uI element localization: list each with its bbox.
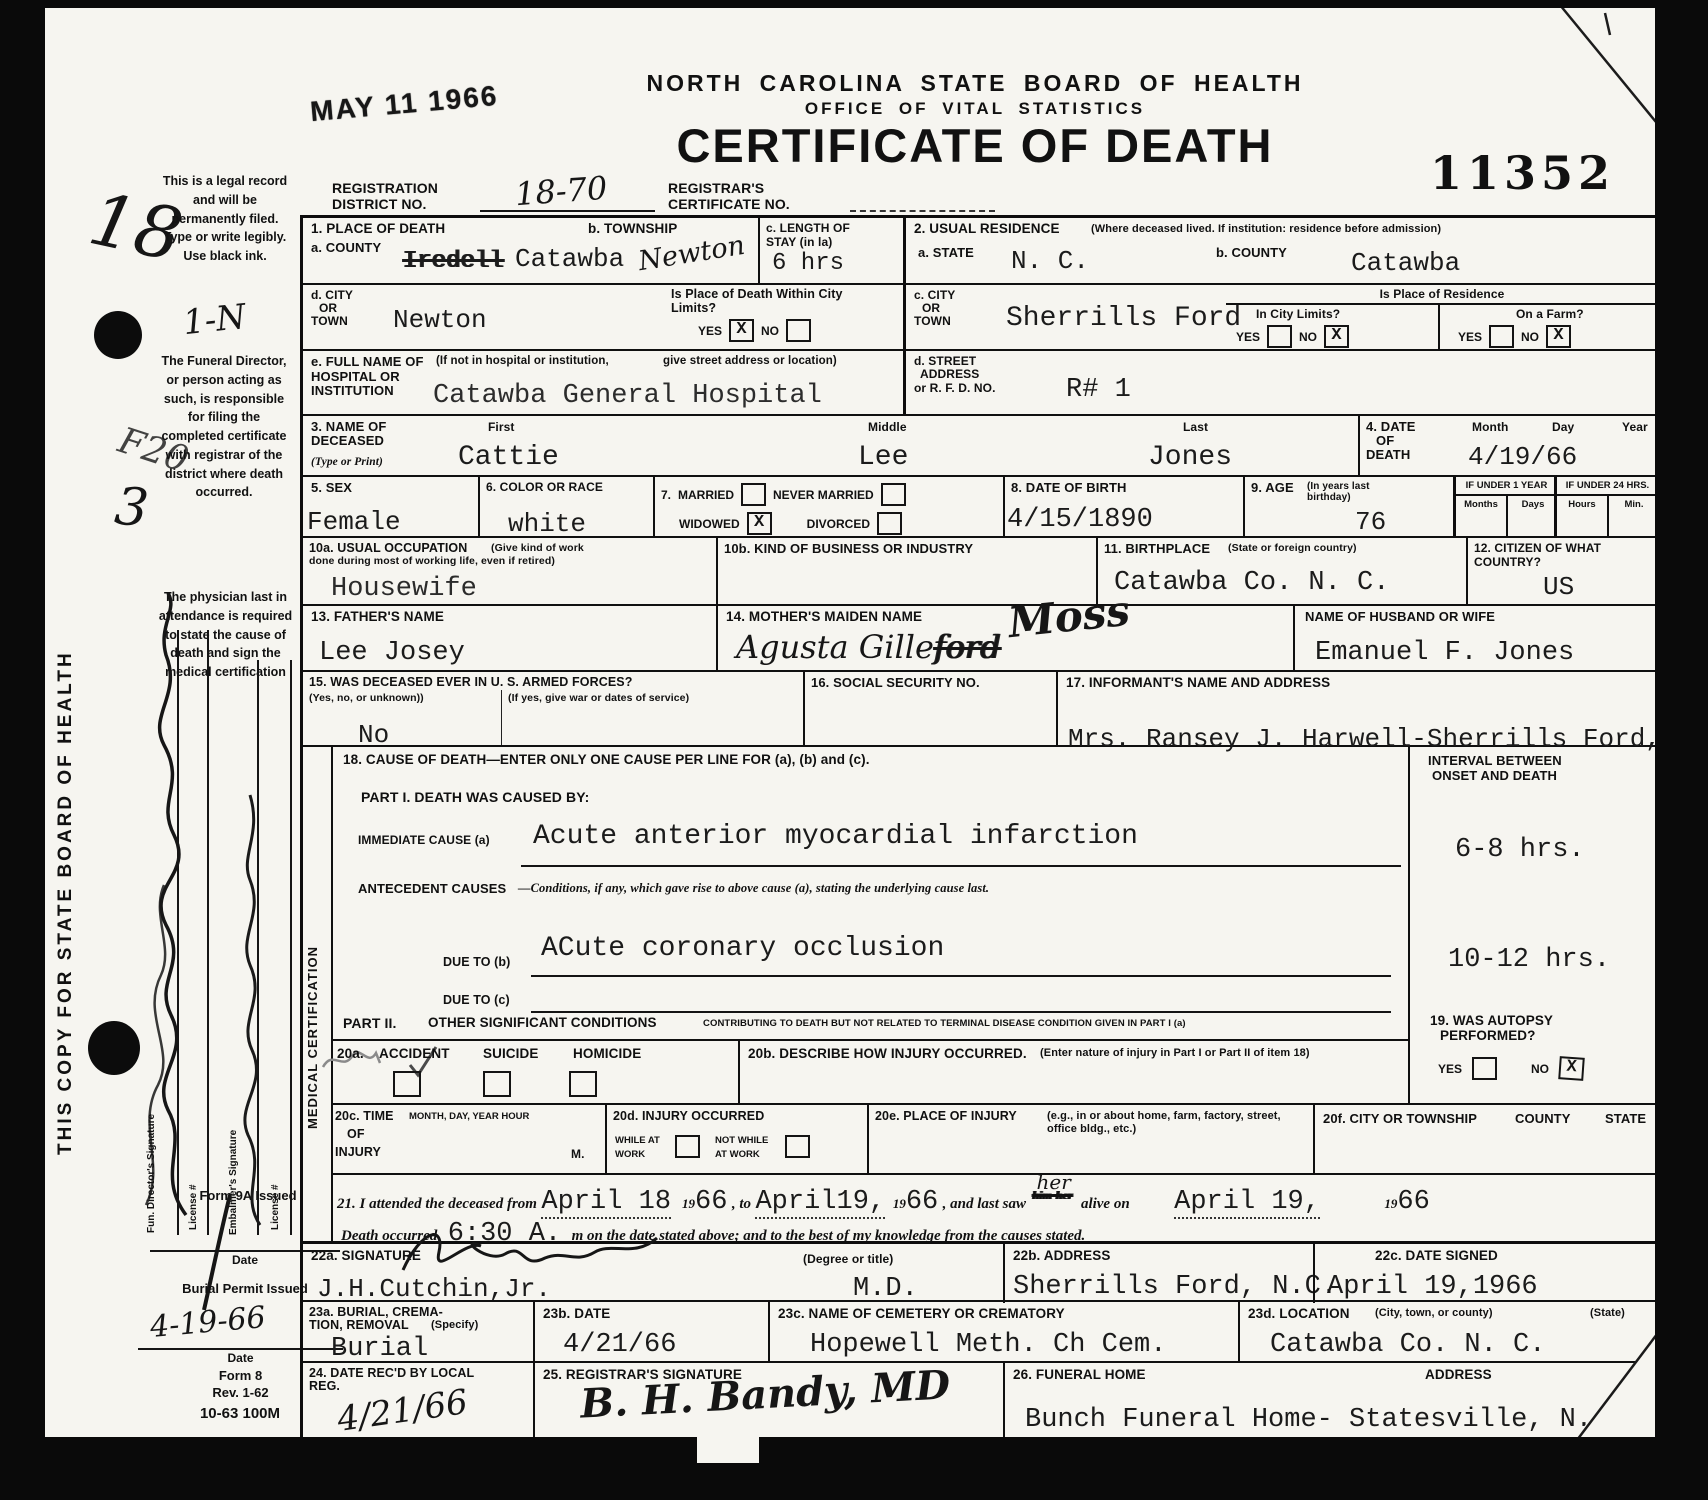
immediate-cause-label: IMMEDIATE CAUSE (a) xyxy=(358,833,490,847)
deceased-type-or-print: (Type or Print) xyxy=(311,456,383,470)
due-b-line xyxy=(531,935,1391,977)
residence-incity-label: In City Limits? xyxy=(1256,307,1340,321)
interval-column: INTERVAL BETWEEN ONSET AND DEATH 6-8 hrs… xyxy=(1408,747,1657,1105)
marital-row-2: WIDOWED X DIVORCED xyxy=(679,512,902,535)
attended-from-value: April 18 xyxy=(541,1187,671,1219)
occupation-sub-2: done during most of working life, even i… xyxy=(309,555,555,568)
cell-residence-city: c. CITY OR TOWN Sherrills Ford Is Place … xyxy=(903,285,1658,351)
last-name-value: Jones xyxy=(1148,442,1232,473)
age-sub-2: birthday) xyxy=(1307,492,1351,504)
residence-farm-no-mark: X xyxy=(1553,326,1563,345)
injury-city-label: 20f. CITY OR TOWNSHIP xyxy=(1323,1111,1477,1127)
cell-usual-residence: 2. USUAL RESIDENCE (Where deceased lived… xyxy=(903,218,1658,283)
cell-mother: 14. MOTHER'S MAIDEN NAME Agusta Gillefor… xyxy=(716,606,1295,672)
scan-notch xyxy=(697,1437,759,1463)
place-of-death-label: 1. PLACE OF DEATH xyxy=(311,221,445,237)
occupation-value: Housewife xyxy=(331,574,477,604)
date-signed-label: 22c. DATE SIGNED xyxy=(1375,1248,1498,1264)
header-org: NORTH CAROLINA STATE BOARD OF HEALTH xyxy=(400,70,1550,97)
physician-signature-scribble xyxy=(393,1222,673,1282)
reg-district-value: 18-70 xyxy=(514,169,609,213)
part1-label: PART I. DEATH WAS CAUSED BY: xyxy=(361,789,589,806)
street-label-3: or R. F. D. NO. xyxy=(914,381,996,395)
residence-county-label: b. COUNTY xyxy=(1216,245,1287,261)
armed-forces-divider xyxy=(501,690,502,747)
accident-label: ACCIDENT xyxy=(379,1046,450,1062)
widowed-checkbox: X xyxy=(747,512,772,535)
cell-degree: (Degree or title) M.D. xyxy=(733,1244,1003,1303)
attended-from-year-pre: 19 xyxy=(682,1196,695,1211)
cemetery-value: Hopewell Meth. Ch Cem. xyxy=(810,1330,1166,1360)
stay-label-2: STAY (in la) xyxy=(766,235,832,249)
reg-district-line xyxy=(480,210,655,212)
cell-informant: 17. INFORMANT'S NAME AND ADDRESS Mrs. Ra… xyxy=(1056,672,1657,747)
under-24-hrs-divider xyxy=(1607,495,1609,538)
autopsy-label-1: 19. WAS AUTOPSY xyxy=(1430,1013,1553,1029)
cell-spouse: NAME OF HUSBAND OR WIFE Emanuel F. Jones xyxy=(1293,606,1657,672)
degree-label: (Degree or title) xyxy=(803,1252,893,1266)
spouse-value: Emanuel F. Jones xyxy=(1315,638,1574,668)
cell-burial-date: 23b. DATE 4/21/66 xyxy=(533,1302,770,1363)
birthplace-label: 11. BIRTHPLACE xyxy=(1104,541,1210,557)
homicide-checkbox xyxy=(569,1071,597,1097)
informant-label: 17. INFORMANT'S NAME AND ADDRESS xyxy=(1066,675,1330,691)
residence-farm-label: On a Farm? xyxy=(1516,307,1584,321)
dob-label: 8. DATE OF BIRTH xyxy=(1011,480,1126,496)
row-sex-race-marital: 5. SEX Female 6. COLOR OR RACE white 7. … xyxy=(303,475,1655,538)
accident-checkbox xyxy=(393,1071,421,1097)
county-value: Catawba xyxy=(515,244,624,274)
row-armed-forces: 15. WAS DECEASED EVER IN U. S. ARMED FOR… xyxy=(303,670,1655,747)
death-certificate-scan: MAY 11 1966 NORTH CAROLINA STATE BOARD O… xyxy=(0,0,1708,1500)
middle-name-value: Lee xyxy=(858,442,908,473)
row-20cf: 20c. TIME OF INJURY MONTH, DAY, YEAR HOU… xyxy=(331,1103,1655,1175)
describe-injury-label: 20b. DESCRIBE HOW INJURY OCCURRED. xyxy=(748,1046,1027,1062)
residence-place-vdivider xyxy=(1438,303,1440,351)
cell-length-of-stay: c. LENGTH OF STAY (in la) 6 hrs xyxy=(758,218,905,283)
cemetery-label: 23c. NAME OF CEMETERY OR CREMATORY xyxy=(778,1306,1065,1322)
cell-age: 9. AGE (In years last birthday) 76 xyxy=(1243,477,1455,538)
spouse-label: NAME OF HUSBAND OR WIFE xyxy=(1305,609,1495,625)
burial-type-value: Burial xyxy=(331,1334,428,1364)
interval-header-1: INTERVAL BETWEEN xyxy=(1428,753,1562,769)
widowed-mark: X xyxy=(754,513,764,532)
row-city-town: d. CITY OR TOWN Newton Is Place of Death… xyxy=(303,283,1655,351)
scan-left-edge xyxy=(0,0,45,1500)
hospital-label-1b: (If not in hospital or institution, xyxy=(436,355,609,369)
stay-value: 6 hrs xyxy=(772,250,844,277)
widowed-label: WIDOWED xyxy=(679,517,740,531)
residence-farm-yes-label: YES xyxy=(1458,330,1482,344)
citizen-value: US xyxy=(1543,572,1574,602)
cell-date-of-birth: 8. DATE OF BIRTH 4/15/1890 xyxy=(1003,477,1245,538)
months-header: Months xyxy=(1456,499,1506,510)
fun-director-signature-label: Fun. Director's Signature xyxy=(146,1048,157,1233)
not-while-at-work-label-2: AT WORK xyxy=(715,1149,760,1160)
cell-registrar-signature: 25. REGISTRAR'S SIGNATURE B. H. Bandy, M… xyxy=(533,1363,1005,1445)
stay-label-1: c. LENGTH OF xyxy=(766,221,850,235)
race-value: white xyxy=(508,509,586,539)
place-of-injury-label: 20e. PLACE OF INJURY xyxy=(875,1109,1017,1124)
attended-text-2: , to xyxy=(732,1196,751,1212)
divorced-checkbox xyxy=(877,512,902,535)
under-1-year-header: IF UNDER 1 YEAR xyxy=(1456,477,1557,496)
birthplace-sub: (State or foreign country) xyxy=(1228,542,1357,555)
never-married-label: NEVER MARRIED xyxy=(773,488,874,502)
time-of-injury-label-1: 20c. TIME xyxy=(335,1109,394,1124)
death-month-header: Month xyxy=(1472,420,1508,434)
cell-ssn: 16. SOCIAL SECURITY NO. xyxy=(803,672,1058,747)
cell-20a: 20a. ACCIDENT SUICIDE HOMICIDE xyxy=(331,1041,738,1105)
cell-date-received: 24. DATE REC'D BY LOCAL REG. 4/21/66 xyxy=(303,1363,533,1445)
middle-name-header: Middle xyxy=(868,420,907,434)
married-label: MARRIED xyxy=(678,488,734,502)
antecedent-label-italic: —Conditions, if any, which gave rise to … xyxy=(518,881,989,896)
cell-birthplace: 11. BIRTHPLACE (State or foreign country… xyxy=(1096,538,1468,606)
location-sub: (City, town, or county) xyxy=(1375,1307,1493,1320)
autopsy-checkrow: YES NO X xyxy=(1438,1057,1584,1080)
armed-forces-label: 15. WAS DECEASED EVER IN U. S. ARMED FOR… xyxy=(309,675,632,690)
death-limits-label-2: Limits? xyxy=(671,301,716,316)
never-married-checkbox xyxy=(881,483,906,506)
due-b-label: DUE TO (b) xyxy=(443,955,510,970)
residence-place-header: Is Place of Residence xyxy=(1226,287,1658,301)
fun-director-license-line xyxy=(207,630,209,1235)
burial-label-3: (Specify) xyxy=(431,1319,478,1332)
part2-number: PART II. xyxy=(343,1015,396,1032)
hospital-value: Catawba General Hospital xyxy=(433,381,822,411)
first-name-header: First xyxy=(488,420,515,434)
cell-20f: 20f. CITY OR TOWNSHIP COUNTY STATE xyxy=(1313,1105,1657,1175)
death-limits-checkrow: YES X NO xyxy=(698,319,811,342)
sex-value: Female xyxy=(307,507,401,537)
death-year-header: Year xyxy=(1622,420,1648,434)
attended-text-4: alive on xyxy=(1081,1196,1130,1212)
burial-permit-date-value: 4-19-66 xyxy=(149,1300,267,1345)
suicide-label: SUICIDE xyxy=(483,1046,538,1062)
marital-number: 7. xyxy=(661,488,671,502)
time-of-injury-sub: MONTH, DAY, YEAR HOUR xyxy=(409,1111,529,1122)
hospital-label-3: INSTITUTION xyxy=(311,383,394,399)
attended-from-year: 66 xyxy=(695,1187,727,1217)
father-value: Lee Josey xyxy=(319,638,465,668)
medical-certification-block: MEDICAL CERTIFICATION INTERVAL BETWEEN O… xyxy=(303,745,1655,1243)
age-value: 76 xyxy=(1355,507,1386,537)
hospital-label-1: e. FULL NAME OF xyxy=(311,354,423,370)
injury-occurred-label: 20d. INJURY OCCURRED xyxy=(613,1109,764,1124)
occupation-sub-1: (Give kind of work xyxy=(491,542,584,555)
cell-father: 13. FATHER'S NAME Lee Josey xyxy=(303,606,716,672)
header-title: CERTIFICATE OF DEATH xyxy=(400,118,1550,173)
cell-sex: 5. SEX Female xyxy=(303,477,478,538)
autopsy-label-2: PERFORMED? xyxy=(1440,1028,1536,1044)
cell-20b: 20b. DESCRIBE HOW INJURY OCCURRED. (Ente… xyxy=(738,1041,1410,1105)
funeral-home-address-label: ADDRESS xyxy=(1425,1367,1492,1383)
mother-value-main: Agusta Gille xyxy=(736,628,934,666)
county-label: a. COUNTY xyxy=(311,240,381,256)
registrar-cert-label1: REGISTRAR'S xyxy=(668,180,764,197)
cell-20c: 20c. TIME OF INJURY MONTH, DAY, YEAR HOU… xyxy=(331,1105,605,1175)
time-of-injury-label-3: INJURY xyxy=(335,1145,381,1160)
deceased-label-2: DECEASED xyxy=(311,433,384,449)
while-at-work-checkbox xyxy=(675,1135,700,1158)
armed-forces-sub-2: (If yes, give war or dates of service) xyxy=(508,692,689,705)
last-name-header: Last xyxy=(1183,420,1208,434)
cell-under-1-year: IF UNDER 1 YEAR Months Days xyxy=(1453,477,1557,538)
min-header: Min. xyxy=(1612,499,1656,510)
margin-note-legal: This is a legal record and will be perma… xyxy=(160,172,290,266)
cell-marital-status: 7. MARRIED NEVER MARRIED WIDOWED X DIVOR… xyxy=(653,477,1005,538)
residence-farm-no-label: NO xyxy=(1521,330,1539,344)
county-struck-value: Iredell xyxy=(403,248,504,275)
residence-incity-no-checkbox: X xyxy=(1324,325,1349,348)
hole-punch-top xyxy=(94,311,142,359)
divorced-label: DIVORCED xyxy=(807,517,870,531)
margin-note-funeral-director: The Funeral Director, or person acting a… xyxy=(155,352,293,502)
residence-incity-no-label: NO xyxy=(1299,330,1317,344)
suicide-checkbox xyxy=(483,1071,511,1097)
registrar-cert-line xyxy=(850,210,995,212)
embalmer-license-line xyxy=(290,660,292,1235)
cell-under-24-hrs: IF UNDER 24 HRS. Hours Min. xyxy=(1554,477,1658,538)
burial-date-value: 4/21/66 xyxy=(563,1330,676,1360)
death-city-value: Newton xyxy=(393,305,487,335)
father-label: 13. FATHER'S NAME xyxy=(311,609,444,625)
marital-row-1: 7. MARRIED NEVER MARRIED xyxy=(661,483,906,506)
cell-death-city: d. CITY OR TOWN Newton Is Place of Death… xyxy=(303,285,903,351)
residence-county-value: Catawba xyxy=(1351,248,1460,278)
cell-funeral-home: 26. FUNERAL HOME ADDRESS Bunch Funeral H… xyxy=(1003,1363,1657,1445)
days-header: Days xyxy=(1511,499,1555,510)
death-limits-yes-checkbox: X xyxy=(729,319,754,342)
street-value: R# 1 xyxy=(1066,375,1131,405)
due-b-interval-value: 10-12 hrs. xyxy=(1448,945,1610,975)
physician-address-label: 22b. ADDRESS xyxy=(1013,1248,1110,1264)
him-her-wrap: him-her her xyxy=(1030,1188,1076,1208)
describe-injury-sub: (Enter nature of injury in Part I or Par… xyxy=(1040,1047,1310,1060)
attended-to-value: April19, xyxy=(755,1187,885,1219)
part2-label: OTHER SIGNIFICANT CONDITIONS xyxy=(428,1015,657,1031)
date-of-death-value: 4/19/66 xyxy=(1468,442,1577,472)
mother-label: 14. MOTHER'S MAIDEN NAME xyxy=(726,609,922,625)
cell-occupation: 10a. USUAL OCCUPATION (Give kind of work… xyxy=(303,538,716,606)
cell-date-of-death: 4. DATE OF DEATH Month Day Year 4/19/66 xyxy=(1358,416,1657,477)
date-signed-value: April 19,1966 xyxy=(1327,1272,1538,1302)
margin-handwritten-1n: 1-N xyxy=(181,297,248,343)
attended-text-1: 21. I attended the deceased from xyxy=(337,1196,537,1212)
residence-place-block: Is Place of Residence In City Limits? YE… xyxy=(1226,285,1658,351)
under-24-hrs-header: IF UNDER 24 HRS. xyxy=(1557,477,1658,496)
header-office: OFFICE OF VITAL STATISTICS xyxy=(400,99,1550,119)
date-received-value: 4/21/66 xyxy=(335,1382,470,1440)
first-name-value: Cattie xyxy=(458,442,559,473)
embalmer-license-label: License # xyxy=(270,1090,281,1230)
death-limits-yes-label: YES xyxy=(698,324,722,338)
residence-farm-yes-checkbox xyxy=(1489,325,1514,348)
funeral-home-value: Bunch Funeral Home- Statesville, N. C. xyxy=(1025,1405,1641,1435)
occupation-label: 10a. USUAL OCCUPATION xyxy=(309,541,467,556)
cell-physician-address: 22b. ADDRESS Sherrills Ford, N.C. xyxy=(1003,1244,1315,1303)
certificate-form: 1. PLACE OF DEATH a. COUNTY Iredell Cata… xyxy=(300,215,1658,1449)
while-at-work-label-2: WORK xyxy=(615,1149,645,1160)
residence-state-label: a. STATE xyxy=(918,245,974,261)
immediate-cause-line xyxy=(521,829,1401,867)
time-of-injury-label-2: OF xyxy=(347,1127,365,1142)
row-occupation: 10a. USUAL OCCUPATION (Give kind of work… xyxy=(303,536,1655,606)
cause-of-death-label: 18. CAUSE OF DEATH—ENTER ONLY ONE CAUSE … xyxy=(343,752,870,768)
residence-incity-no-mark: X xyxy=(1331,326,1341,345)
dob-value: 4/15/1890 xyxy=(1007,505,1153,535)
attended-text-3: , and last saw xyxy=(943,1196,1026,1212)
cell-burial-type: 23a. BURIAL, CREMA- TION, REMOVAL (Speci… xyxy=(303,1302,533,1363)
location-label: 23d. LOCATION xyxy=(1248,1306,1350,1322)
usual-residence-label: 2. USUAL RESIDENCE xyxy=(914,221,1060,237)
physician-address-value: Sherrills Ford, N.C. xyxy=(1013,1272,1337,1302)
place-of-injury-sub: (e.g., in or about home, farm, factory, … xyxy=(1047,1110,1307,1136)
interval-header-2: ONSET AND DEATH xyxy=(1432,768,1557,784)
row-name-of-deceased: 3. NAME OF DECEASED (Type or Print) Firs… xyxy=(303,414,1655,477)
autopsy-yes-label: YES xyxy=(1438,1062,1462,1076)
her-handwritten: her xyxy=(1036,1170,1070,1194)
cell-20e: 20e. PLACE OF INJURY (e.g., in or about … xyxy=(867,1105,1315,1175)
not-while-at-work-checkbox xyxy=(785,1135,810,1158)
scan-top-edge xyxy=(0,0,1708,8)
row-physician-signature: 22a. SIGNATURE J.H.Cutchin,Jr. (Degree o… xyxy=(303,1241,1655,1303)
cell-signature: 22a. SIGNATURE J.H.Cutchin,Jr. xyxy=(303,1244,733,1303)
residence-city-value: Sherrills Ford xyxy=(1006,303,1241,334)
age-label: 9. AGE xyxy=(1251,480,1294,496)
residence-incity-checkrow: YES NO X xyxy=(1236,325,1349,348)
cell-citizen: 12. CITIZEN OF WHAT COUNTRY? US xyxy=(1466,538,1657,606)
immediate-interval-value: 6-8 hrs. xyxy=(1455,835,1585,865)
autopsy-no-mark: X xyxy=(1566,1058,1578,1078)
row-hospital: e. FULL NAME OF (If not in hospital or i… xyxy=(303,349,1655,416)
autopsy-no-label: NO xyxy=(1531,1062,1549,1076)
death-limits-no-checkbox xyxy=(786,319,811,342)
time-of-injury-m: M. xyxy=(571,1147,585,1161)
row-20ab: 20a. ACCIDENT SUICIDE HOMICIDE 20b. DESC… xyxy=(331,1039,1408,1105)
serial-number: 11352 xyxy=(1430,146,1615,200)
mother-value: Agusta Gilleford xyxy=(736,628,1001,666)
usual-residence-sub: (Where deceased lived. If institution: r… xyxy=(1091,223,1441,236)
row-parents: 13. FATHER'S NAME Lee Josey 14. MOTHER'S… xyxy=(303,604,1655,672)
cell-race: 6. COLOR OR RACE white xyxy=(478,477,655,538)
death-limits-label-1: Is Place of Death Within City xyxy=(671,287,843,302)
residence-place-divider xyxy=(1226,303,1658,305)
cemetery-location-value: Catawba Co. N. C. xyxy=(1270,1330,1545,1360)
last-alive-value: April 19, xyxy=(1174,1187,1320,1219)
township-label: b. TOWNSHIP xyxy=(588,221,677,237)
row-place-of-death: 1. PLACE OF DEATH a. COUNTY Iredell Cata… xyxy=(303,218,1655,283)
date-received-label-2: REG. xyxy=(309,1379,340,1394)
row-burial: 23a. BURIAL, CREMA- TION, REMOVAL (Speci… xyxy=(303,1300,1655,1363)
burial-label-2: TION, REMOVAL xyxy=(309,1318,409,1333)
business-label: 10b. KIND OF BUSINESS OR INDUSTRY xyxy=(724,541,973,557)
autopsy-yes-checkbox xyxy=(1472,1057,1497,1080)
mother-value-struck: ford xyxy=(934,628,1001,666)
homicide-label: HOMICIDE xyxy=(573,1046,641,1062)
while-at-work-label-1: WHILE AT xyxy=(615,1135,660,1146)
armed-forces-sub-1: (Yes, no, or unknown)) xyxy=(309,692,424,705)
hours-header: Hours xyxy=(1557,499,1607,510)
residence-farm-checkrow: YES NO X xyxy=(1458,325,1571,348)
informant-value: Mrs. Ransey J. Harwell-Sherrills Ford, N xyxy=(1068,724,1692,754)
residence-city-label-3: TOWN xyxy=(914,314,951,328)
death-day-header: Day xyxy=(1552,420,1574,434)
cell-cemetery: 23c. NAME OF CEMETERY OR CREMATORY Hopew… xyxy=(768,1302,1240,1363)
part2-sub: CONTRIBUTING TO DEATH BUT NOT RELATED TO… xyxy=(703,1018,1186,1029)
autopsy-no-checkbox: X xyxy=(1558,1056,1585,1081)
accident-number: 20a. xyxy=(337,1046,364,1062)
cell-deceased-name: 3. NAME OF DECEASED (Type or Print) Firs… xyxy=(303,416,1358,477)
death-limits-no-label: NO xyxy=(761,324,779,338)
injury-county-label: COUNTY xyxy=(1515,1111,1571,1127)
due-c-label: DUE TO (c) xyxy=(443,993,510,1008)
married-checkbox xyxy=(741,483,766,506)
sex-label: 5. SEX xyxy=(311,480,352,496)
hospital-label-1c: give street address or location) xyxy=(663,355,837,369)
autopsy-cell: 19. WAS AUTOPSY PERFORMED? YES NO X xyxy=(1410,1005,1657,1103)
attended-to-year-pre: 19 xyxy=(893,1196,906,1211)
funeral-home-label: 26. FUNERAL HOME xyxy=(1013,1367,1146,1383)
antecedent-label-bold: ANTECEDENT CAUSES xyxy=(358,881,506,897)
row-registrar: 24. DATE REC'D BY LOCAL REG. 4/21/66 25.… xyxy=(303,1361,1655,1445)
registrar-cert-label2: CERTIFICATE NO. xyxy=(668,196,790,213)
scan-bottom-edge xyxy=(0,1437,1708,1500)
death-city-label-3: TOWN xyxy=(311,314,348,328)
margin-handwritten-3: 3 xyxy=(112,476,151,539)
cell-hospital: e. FULL NAME OF (If not in hospital or i… xyxy=(303,351,903,416)
due-c-line xyxy=(531,975,1391,1013)
residence-farm-no-checkbox: X xyxy=(1546,325,1571,348)
reg-district-label2: DISTRICT NO. xyxy=(332,196,427,213)
street-label-2: ADDRESS xyxy=(920,367,979,381)
residence-incity-yes-label: YES xyxy=(1236,330,1260,344)
cell-20d: 20d. INJURY OCCURRED WHILE AT WORK NOT W… xyxy=(605,1105,869,1175)
reg-district-label1: REGISTRATION xyxy=(332,180,438,197)
attended-to-year: 66 xyxy=(906,1187,938,1217)
birthplace-value: Catawba Co. N. C. xyxy=(1114,568,1389,598)
last-alive-year: 66 xyxy=(1397,1187,1429,1217)
race-label: 6. COLOR OR RACE xyxy=(486,480,603,494)
injury-state-label: STATE xyxy=(1605,1111,1646,1127)
burial-date-label: 23b. DATE xyxy=(543,1306,610,1322)
copy-strip-vertical-text: THIS COPY FOR STATE BOARD OF HEALTH xyxy=(55,495,77,1155)
cell-armed-forces: 15. WAS DECEASED EVER IN U. S. ARMED FOR… xyxy=(303,672,803,747)
death-limits-yes-mark: X xyxy=(736,320,746,339)
scan-right-edge xyxy=(1655,0,1708,1500)
ssn-label: 16. SOCIAL SECURITY NO. xyxy=(811,675,980,691)
residence-state-value: N. C. xyxy=(1011,246,1089,276)
under-1-year-divider xyxy=(1506,495,1508,538)
not-while-at-work-label-1: NOT WHILE xyxy=(715,1135,768,1146)
attended-line: 21. I attended the deceased from April 1… xyxy=(337,1187,1430,1217)
date-of-death-label-3: DEATH xyxy=(1366,447,1410,463)
last-alive-year-pre: 19 xyxy=(1384,1196,1397,1211)
cell-street-address: d. STREET ADDRESS or R. F. D. NO. R# 1 xyxy=(903,351,1658,416)
residence-incity-yes-checkbox xyxy=(1267,325,1292,348)
citizen-label: 12. CITIZEN OF WHAT COUNTRY? xyxy=(1474,541,1652,570)
